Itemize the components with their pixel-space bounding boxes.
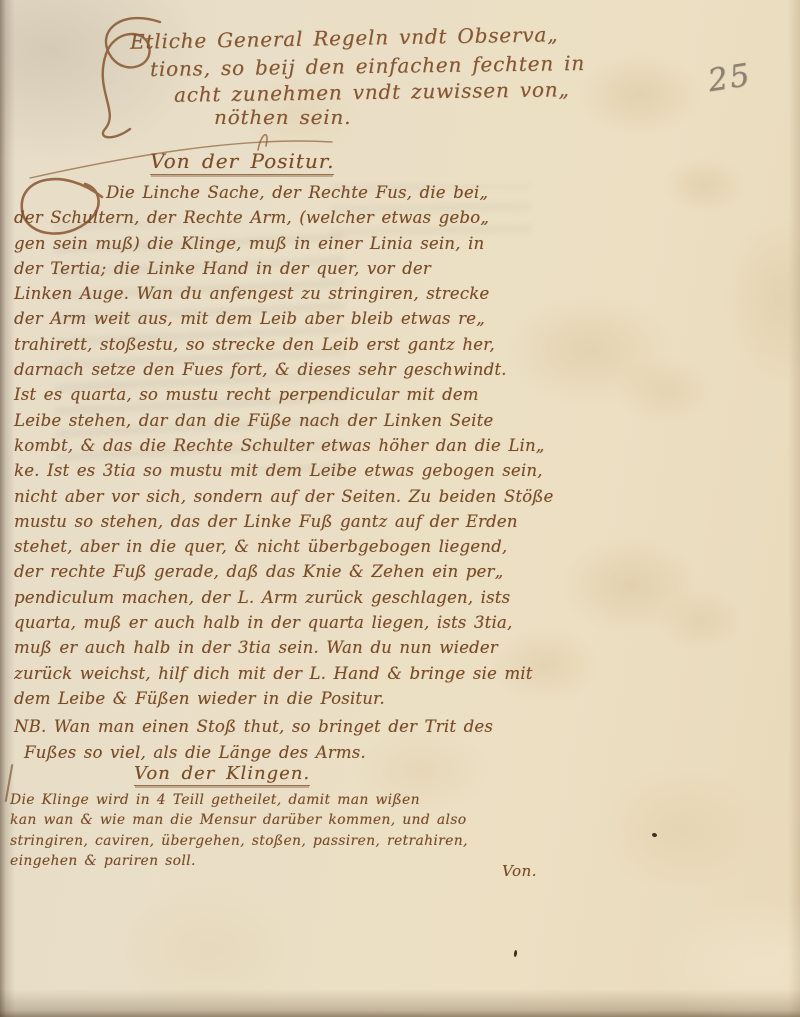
text-line: Leibe stehen, dar dan die Füße nach der …	[14, 408, 534, 433]
text-line: trahirett, stoßestu, so strecke den Leib…	[14, 332, 534, 357]
title-line: nöthen sein.	[214, 105, 351, 129]
positur-ascender-flourish	[258, 135, 267, 150]
text-line: der Arm weit aus, mit dem Leib aber blei…	[14, 306, 534, 331]
klingen-text-block: Die Klinge wird in 4 Teill getheilet, da…	[10, 790, 530, 872]
text-line: dem Leibe & Füßen wieder in die Positur.	[14, 686, 534, 711]
nb-line: NB. Wan man einen Stoß thut, so bringet …	[14, 714, 534, 740]
text-line: kan wan & wie man die Mensur darüber kom…	[10, 810, 530, 830]
title-line: Etliche General Regeln vndt Observa„	[130, 22, 559, 53]
text-line: ke. Ist es 3tia so mustu mit dem Leibe e…	[14, 458, 534, 483]
text-line: Ist es quarta, so mustu recht perpendicu…	[14, 382, 534, 407]
text-line: der Tertia; die Linke Hand in der quer, …	[14, 256, 534, 281]
manuscript-page: 25 Etliche General Regeln vndt Observa„ …	[0, 0, 800, 1017]
positur-text-block: Die Linche Sache, der Rechte Fus, die be…	[14, 180, 534, 711]
text-line: zurück weichst, hilf dich mit der L. Han…	[14, 661, 534, 686]
page-number: 25	[705, 57, 754, 99]
title-line: acht zunehmen vndt zuwissen von„	[174, 77, 570, 107]
text-line: darnach setze den Fues fort, & dieses se…	[14, 357, 534, 382]
title-line: tions, so beij den einfachen fechten in	[150, 51, 585, 81]
text-line: quarta, muß er auch halb in der quarta l…	[14, 610, 534, 635]
text-line: Die Klinge wird in 4 Teill getheilet, da…	[10, 790, 530, 810]
heading-klingen: Von der Klingen.	[134, 763, 310, 786]
text-line: gen sein muß) die Klinge, muß in einer L…	[14, 231, 534, 256]
text-line: pendiculum machen, der L. Arm zurück ges…	[14, 585, 534, 610]
text-line: mustu so stehen, das der Linke Fuß gantz…	[14, 509, 534, 534]
text-line: eingehen & pariren soll.	[10, 851, 530, 871]
ink-speck	[514, 950, 518, 957]
text-line: kombt, & das die Rechte Schulter etwas h…	[14, 433, 534, 458]
heading-positur: Von der Positur.	[150, 149, 334, 175]
text-line: muß er auch halb in der 3tia sein. Wan d…	[14, 635, 534, 660]
text-line: Linken Auge. Wan du anfengest zu stringi…	[14, 281, 534, 306]
text-line: der Schultern, der Rechte Arm, (welcher …	[14, 205, 534, 230]
text-line: Die Linche Sache, der Rechte Fus, die be…	[14, 180, 534, 205]
text-line: nicht aber vor sich, sondern auf der Sei…	[14, 484, 534, 509]
catchword: Von.	[502, 862, 537, 880]
nota-bene-block: NB. Wan man einen Stoß thut, so bringet …	[14, 714, 534, 766]
ink-speck	[651, 832, 657, 837]
text-line: stringiren, caviren, übergehen, stoßen, …	[10, 831, 530, 851]
text-line: stehet, aber in die quer, & nicht überbg…	[14, 534, 534, 559]
text-line: der rechte Fuß gerade, daß das Knie & Ze…	[14, 559, 534, 584]
